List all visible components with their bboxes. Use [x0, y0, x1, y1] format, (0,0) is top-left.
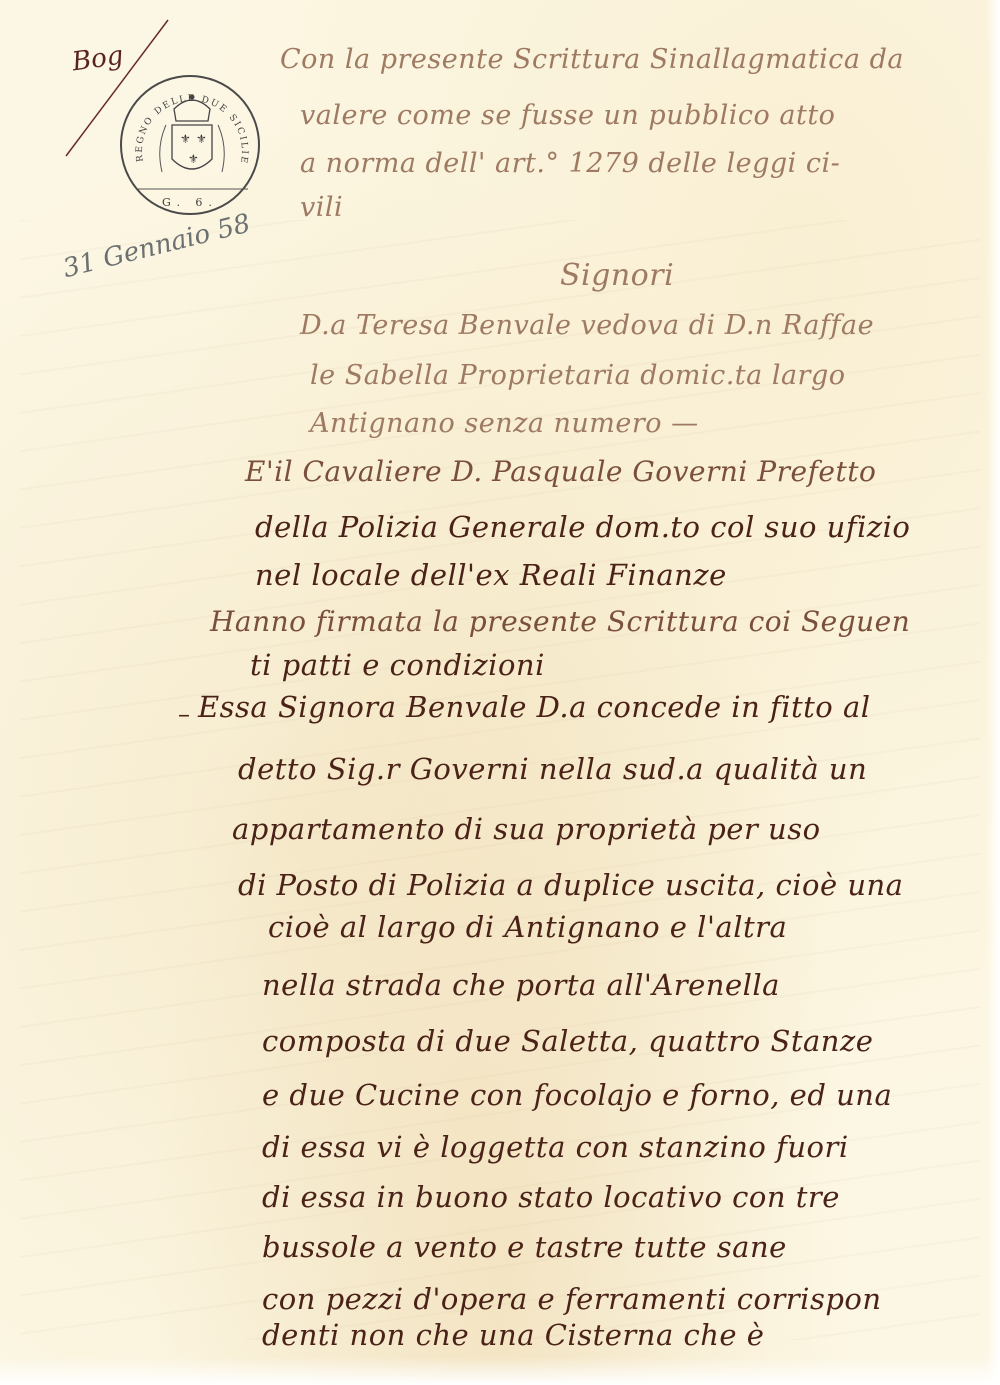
- preamble-line-2: valere come se fusse un pubblico atto: [300, 100, 835, 131]
- preamble-line-1: Con la presente Scrittura Sinallagmatica…: [280, 44, 904, 75]
- body-line-11: appartamento di sua proprietà per uso: [232, 812, 821, 846]
- body-line-12: di Posto di Polizia a duplice uscita, ci…: [238, 868, 903, 902]
- svg-text:⚜: ⚜: [180, 132, 191, 146]
- body-line-21: denti non che una Cisterna che è: [262, 1318, 764, 1352]
- body-line-16: e due Cucine con focolajo e forno, ed un…: [262, 1078, 892, 1112]
- body-line-14: nella strada che porta all'Arenella: [262, 968, 780, 1002]
- margin-date-annotation: 31 Gennaio 58: [60, 209, 253, 285]
- body-line-3: Antignano senza numero —: [310, 408, 699, 439]
- body-line-9: Essa Signora Benvale D.a concede in fitt…: [198, 690, 871, 724]
- body-line-10: detto Sig.r Governi nella sud.a qualità …: [238, 752, 867, 786]
- preamble-line-4: vili: [300, 192, 343, 223]
- svg-text:⚜: ⚜: [188, 152, 199, 166]
- body-line-13: cioè al largo di Antignano e l'altra: [268, 910, 787, 944]
- revenue-stamp: REGNO DELLE DUE SICILIE ⚜ ⚜ ⚜ G. 6.: [120, 75, 260, 215]
- body-line-15: composta di due Saletta, quattro Stanze: [262, 1024, 873, 1058]
- body-line-4: E'il Cavaliere D. Pasquale Governi Prefe…: [245, 455, 876, 488]
- body-line-2: le Sabella Proprietaria domic.ta largo: [310, 360, 846, 391]
- body-line-8: ti patti e condizioni: [250, 648, 545, 682]
- page-edge-bottom: [0, 1357, 1000, 1385]
- body-line-20: con pezzi d'opera e ferramenti corrispon: [262, 1282, 882, 1316]
- salutation: Signori: [560, 258, 674, 293]
- clause-dash: –: [178, 700, 190, 728]
- page-edge-right: [986, 0, 1000, 1385]
- stamp-code: G. 6.: [122, 196, 258, 209]
- body-line-18: di essa in buono stato locativo con tre: [262, 1180, 840, 1214]
- svg-text:⚜: ⚜: [196, 132, 207, 146]
- preamble-line-3: a norma dell' art.° 1279 delle leggi ci-: [300, 148, 840, 179]
- body-line-1: D.a Teresa Benvale vedova di D.n Raffae: [300, 310, 874, 341]
- body-line-19: bussole a vento e tastre tutte sane: [262, 1230, 787, 1264]
- body-line-17: di essa vi è loggetta con stanzino fuori: [262, 1130, 849, 1164]
- document-page: Bog REGNO DELLE DUE SICILIE ⚜ ⚜ ⚜ G. 6. …: [0, 0, 1000, 1385]
- body-line-6: nel locale dell'ex Reali Finanze: [255, 558, 727, 592]
- body-line-5: della Polizia Generale dom.to col suo uf…: [255, 510, 910, 544]
- body-line-7: Hanno firmata la presente Scrittura coi …: [210, 605, 910, 638]
